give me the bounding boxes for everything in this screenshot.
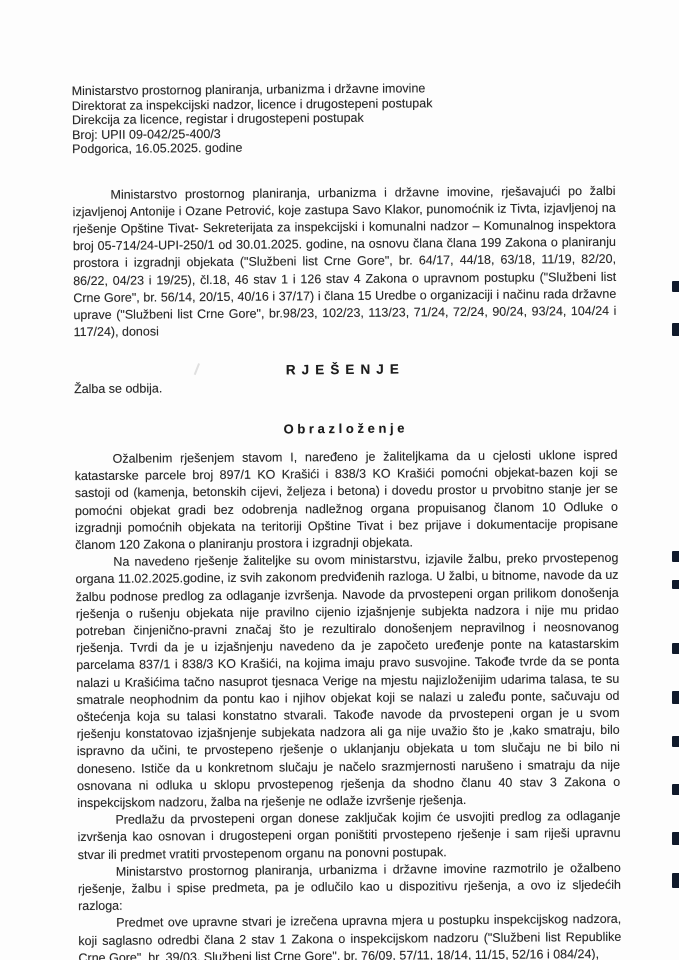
scan-artifact-mark bbox=[672, 323, 679, 336]
rationale-paragraph: Na navedeno rješenje žaliteljke su ovom … bbox=[75, 550, 620, 812]
scan-artifact-mark bbox=[672, 873, 679, 888]
scan-artifact-mark bbox=[672, 832, 679, 845]
scan-tilt-wrapper: Ministarstvo prostornog planiranja, urba… bbox=[0, 0, 679, 960]
scan-artifact-mark bbox=[672, 691, 679, 704]
rationale-heading: Obrazloženje bbox=[74, 418, 617, 439]
scan-artifact-mark bbox=[672, 784, 679, 795]
rationale-paragraph: Predlažu da prvostepeni organ donese zak… bbox=[77, 808, 620, 864]
scan-artifact-mark bbox=[672, 580, 679, 589]
scan-artifact-mark bbox=[672, 551, 679, 562]
scanned-document-page: Ministarstvo prostornog planiranja, urba… bbox=[0, 0, 679, 960]
document-content: Ministarstvo prostornog planiranja, urba… bbox=[72, 80, 622, 960]
header-place-date: Podgorica, 16.05.2025. godine bbox=[72, 138, 615, 157]
intro-paragraph: Ministarstvo prostornog planiranja, urba… bbox=[72, 182, 616, 341]
scan-artifact-mark bbox=[672, 281, 679, 292]
scan-artifact-mark bbox=[672, 643, 679, 654]
rationale-paragraph: Ožalbenim rješenjem stavom I, naređeno j… bbox=[75, 447, 619, 554]
scan-artifact-mark bbox=[672, 736, 679, 747]
rationale-paragraph: Ministarstvo prostornog planiranja, urba… bbox=[78, 860, 621, 916]
decision-statement: Žalba se odbija. bbox=[74, 376, 617, 397]
rationale-paragraph: Predmet ove upravne stvari je izrečena u… bbox=[78, 911, 621, 960]
document-header: Ministarstvo prostornog planiranja, urba… bbox=[72, 80, 616, 157]
